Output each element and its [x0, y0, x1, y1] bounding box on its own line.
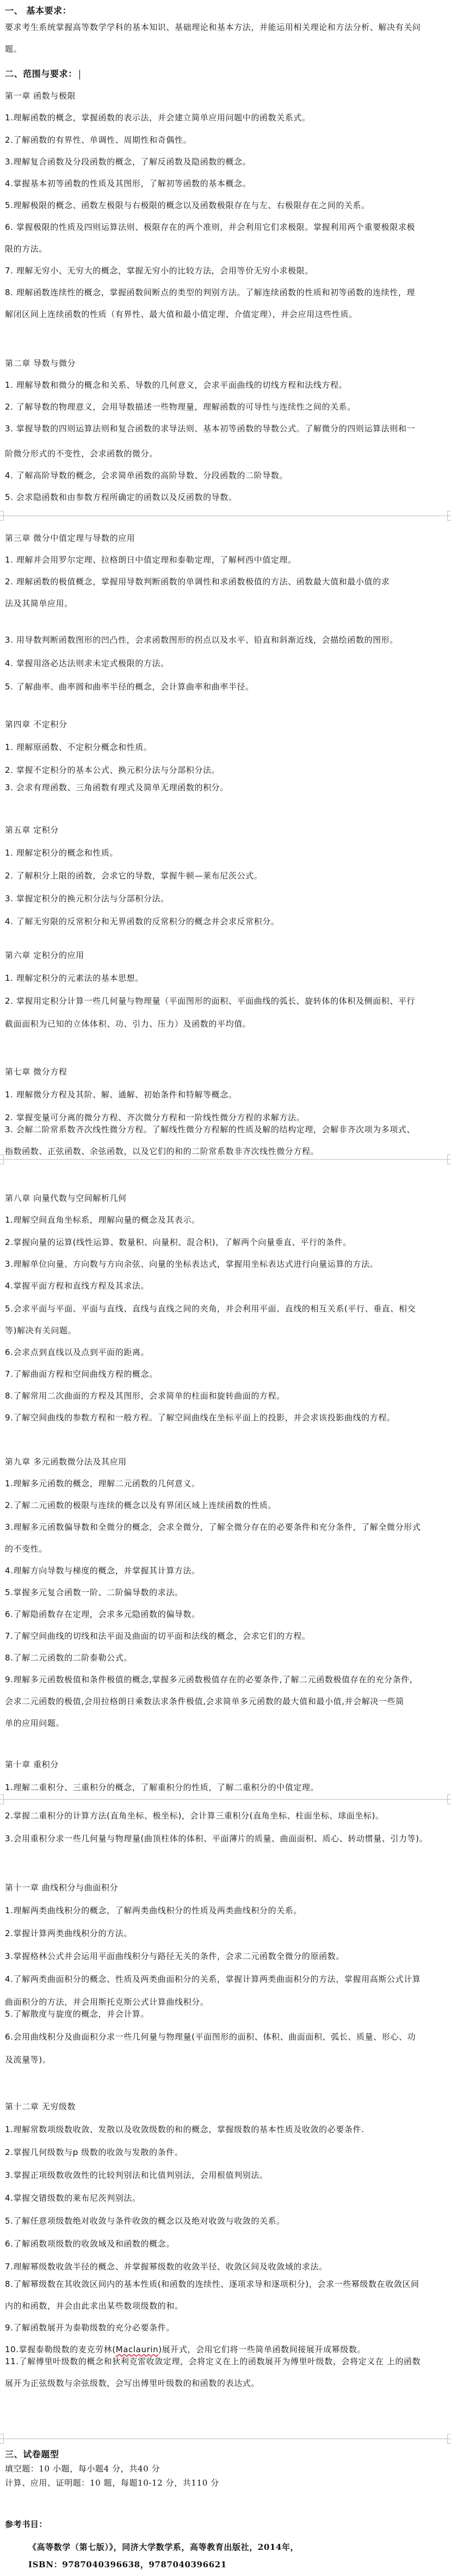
chapter-title: 第四章 不定积分	[5, 713, 450, 735]
list-item: 5.了解散度与旋度的概念，并会计算。	[5, 2003, 450, 2025]
section-heading-scope-text: 二、范围与要求：	[5, 69, 77, 79]
chapter-title: 第九章 多元函数微分法及其应用	[5, 1451, 450, 1473]
paragraph-line: 题。	[5, 38, 450, 60]
list-item: 2. 理解函数的极值概念，掌握用导数判断函数的单调性和求函数极值的方法、函数最大…	[5, 571, 450, 593]
list-item: 8.了解二元函数的二阶泰勒公式。	[5, 1647, 450, 1669]
list-item: 2. 了解积分上限的函数，会求它的导数，掌握牛顿—莱布尼茨公式。	[5, 865, 450, 887]
list-item: 1.理解常数项级数收敛、发散以及收敛级数的和的概念，掌握级数的基本性质及收敛的必…	[5, 2119, 450, 2140]
list-item: 3.掌握格林公式并会运用平面曲线积分与路径无关的条件，会求二元函数全微分的原函数…	[5, 1945, 450, 1967]
list-item: 3. 掌握定积分的换元积分法与分部积分法。	[5, 888, 450, 909]
page-corner-marker	[447, 1794, 451, 1804]
list-item: 3. 用导数判断函数图形的凹凸性，会求函数图形的拐点以及水平、铅直和斜渐近线，会…	[5, 629, 450, 651]
list-item: 8.了解常用二次曲面的方程及其图形，会求简单的柱面和旋转曲面的方程。	[5, 1385, 450, 1407]
list-item: 等)解决有关问题。	[5, 1320, 450, 1341]
page-corner-marker	[0, 1794, 4, 1804]
list-item: 3.理解单位向量、方向数与方向余弦、向量的坐标表达式，掌握用坐标表达式进行向量运…	[5, 1253, 450, 1275]
list-item: 1. 理解定积分的元素法的基本思想。	[5, 967, 450, 989]
page-break	[0, 2438, 451, 2439]
reference-book: 《高等数学（第七版）》，同济大学数学系，高等教育出版社，2014年，	[28, 2540, 450, 2554]
list-item: 3.掌握正项级数收敛性的比较判别法和比值判别法，会用根值判别法。	[5, 2164, 450, 2186]
list-item: 4.理解方向导数与梯度的概念，并掌握其计算方法。	[5, 1560, 450, 1582]
list-item: 3.理解多元函数偏导数和全微分的概念，会求全微分，了解全微分存在的必要条件和充分…	[5, 1516, 450, 1538]
list-item: 2.掌握向量的运算(线性运算、数量积、向量积、混合积)，了解两个向量垂直、平行的…	[5, 1231, 450, 1253]
page-corner-marker	[0, 2434, 4, 2444]
list-item: 6.了解函数项级数的收敛域及和函数的概念。	[5, 2233, 450, 2255]
page-break	[0, 515, 451, 516]
section-heading-scope: 二、范围与要求：	[5, 63, 450, 85]
exam-format-line: 填空题：10 小题，每小题4 分，共40 分	[5, 2462, 450, 2476]
list-item: 11.了解傅里叶级数的概念和狄利克雷收敛定理，会将定义在上的函数展开为傅里叶级数…	[5, 2351, 450, 2372]
list-item: 2.掌握计算两类曲线积分的方法。	[5, 1922, 450, 1944]
list-item: 6.会用曲线积分及曲面积分求一些几何量与物理量(平面图形的面积、体积、曲面面积、…	[5, 2026, 450, 2048]
reference-isbn: ISBN：9787040396638，9787040396621	[28, 2557, 450, 2572]
chapter-title: 第三章 微分中值定理与导数的应用	[5, 527, 450, 549]
list-item: 3. 掌握导数的四则运算法则和复合函数的求导法则、基本初等函数的导数公式。了解微…	[5, 418, 450, 439]
list-item: 1. 理解原函数、不定积分概念和性质。	[5, 736, 450, 758]
list-item: 6.会求点到直线以及点到平面的距离。	[5, 1341, 450, 1363]
list-item: 4. 了解高阶导数的概念，会求简单函数的高阶导数、分段函数的二阶导数。	[5, 465, 450, 486]
list-item: 限的方法。	[5, 238, 450, 260]
list-item: 4.了解两类曲面积分的概念、性质及两类曲面积分的关系，掌握计算两类曲面积分的方法…	[5, 1968, 450, 1990]
list-item: 1. 理解导数和微分的概念和关系、导数的几何意义，会求平面曲线的切线方程和法线方…	[5, 374, 450, 396]
list-item: 5.理解极限的概念、函数左极限与右极限的概念以及函数极限存在与左、右极限存在之间…	[5, 194, 450, 216]
list-item: 9.了解空间曲线的参数方程和一般方程。了解空间曲线在坐标平面上的投影，并会求该投…	[5, 1407, 450, 1429]
list-item: 4.掌握交错级数的莱布尼茨判别法。	[5, 2187, 450, 2209]
list-item: 展开为正弦级数与余弦级数，会写出傅里叶级数的和函数的表达式。	[5, 2372, 450, 2394]
list-item: 1.理解两类曲线积分的概念，了解两类曲线积分的性质及两类曲线积分的关系。	[5, 1900, 450, 1921]
list-item: 会求二元函数的极值,会用拉格朗日乘数法求条件极值,会求简单多元函数的最大值和最小…	[5, 1690, 450, 1712]
references-heading: 参考书目：	[5, 2517, 450, 2531]
list-item: 及流量等)。	[5, 2049, 450, 2071]
list-item: 3.会用重积分求一些几何量与物理量(曲顶柱体的体积、平面薄片的质量、曲面面积、质…	[5, 1828, 450, 1849]
chapter-title: 第十一章 曲线积分与曲面积分	[5, 1877, 450, 1899]
list-item: 7.了解曲面方程和空间曲线方程的概念。	[5, 1363, 450, 1385]
list-item: 2.掌握几何级数与p 级数的收敛与发散的条件。	[5, 2141, 450, 2163]
paragraph-line: 要求考生系统掌握高等数学学科的基本知识、基础理论和基本方法，并能运用相关理论和方…	[5, 16, 450, 38]
list-item: 2. 掌握用定积分计算一些几何量与物理量（平面图形的面积、平面曲线的弧长、旋转体…	[5, 990, 450, 1012]
page-corner-marker	[0, 1155, 4, 1164]
page-corner-marker	[447, 2434, 451, 2444]
list-item: 5.会求平面与平面、平面与直线、直线与直线之间的夹角，并会利用平面、直线的相互关…	[5, 1298, 450, 1320]
list-item: 1.理解函数的概念，掌握函数的表示法，并会建立简单应用问题中的函数关系式。	[5, 107, 450, 129]
list-item: 9.理解多元函数极值和条件极值的概念,掌握多元函数极值存在的必要条件,了解二元函…	[5, 1669, 450, 1690]
page-break	[0, 1159, 451, 1160]
list-item: 7.了解空间曲线的切线和法平面及曲面的切平面和法线的概念，会求它们的方程。	[5, 1625, 450, 1647]
list-item: 4. 掌握用洛必达法则求未定式极限的方法。	[5, 652, 450, 674]
list-item: 1. 理解微分方程及其阶、解、通解、初始条件和特解等概念。	[5, 1084, 450, 1106]
list-item: 法及其简单应用。	[5, 593, 450, 614]
exam-format-line: 计算、应用、证明题：10 题，每题10-12 分，共110 分	[5, 2476, 450, 2490]
list-item: 阶微分形式的不变性，会求函数的微分。	[5, 443, 450, 465]
list-item: 6.了解隐函数存在定理，会求多元隐函数的偏导数。	[5, 1603, 450, 1625]
list-item: 的不变性。	[5, 1538, 450, 1560]
chapter-title: 第十章 重积分	[5, 1754, 450, 1775]
list-item: 1.理解多元函数的概念，理解二元函数的几何意义。	[5, 1473, 450, 1494]
list-item: 6. 掌握极限的性质及四则运算法则、极限存在的两个准则，并会利用它们求极限。掌握…	[5, 216, 450, 238]
list-item: 解闭区间上连续函数的性质（有界性、最大值和最小值定理、介值定理），并会应用这些性…	[5, 303, 450, 325]
page-break	[0, 1799, 451, 1800]
list-item: 5. 会求隐函数和由参数方程所确定的函数以及反函数的导数。	[5, 486, 450, 508]
list-item: 2.了解二元函数的极限与连续的概念以及有界闭区域上连续函数的性质。	[5, 1494, 450, 1516]
text-cursor	[79, 70, 80, 80]
list-item: 单的应用问题。	[5, 1712, 450, 1734]
page-corner-marker	[0, 511, 4, 521]
chapter-title: 第七章 微分方程	[5, 1061, 450, 1083]
page-corner-marker	[447, 1155, 451, 1164]
list-item: 1.理解空间直角坐标系，理解向量的概念及其表示。	[5, 1209, 450, 1231]
chapter-title: 第一章 函数与极限	[5, 85, 450, 107]
page-corner-marker	[447, 511, 451, 521]
list-item: 5.了解任意项级数绝对收敛与条件收敛的概念以及绝对收敛与收敛的关系。	[5, 2210, 450, 2232]
chapter-title: 第五章 定积分	[5, 819, 450, 841]
list-item: 5. 了解曲率、曲率圆和曲率半径的概念，会计算曲率和曲率半径。	[5, 676, 450, 698]
list-item: 4. 了解无穷限的反常积分和无界函数的反常积分的概念并会求反常积分。	[5, 911, 450, 932]
list-item: 7. 理解无穷小、无穷大的概念，掌握无穷小的比较方法，会用等价无穷小求极限。	[5, 260, 450, 282]
list-item: 4.掌握平面方程和直线方程及其求法。	[5, 1275, 450, 1297]
list-item: 5.掌握多元复合函数一阶、二阶偏导数的求法。	[5, 1582, 450, 1603]
list-item: 3. 会解二阶常系数齐次线性微分方程。了解线性微分方程解的性质及解的结构定理，会…	[5, 1119, 450, 1140]
list-item: 1. 理解并会用罗尔定理、拉格朗日中值定理和泰勒定理，了解柯西中值定理。	[5, 549, 450, 571]
list-item: 2.了解函数的有界性、单调性、周期性和奇偶性。	[5, 129, 450, 151]
list-item: 3.理解复合函数及分段函数的概念，了解反函数及隐函数的概念。	[5, 151, 450, 173]
list-item: 3. 会求有理函数、三角函数有理式及简单无理函数的积分。	[5, 777, 450, 798]
list-item: 1. 理解定积分的概念和性质。	[5, 842, 450, 864]
list-item: 2. 了解导数的物理意义，会用导数描述一些物理量，理解函数的可导性与连续性之间的…	[5, 396, 450, 418]
list-item: 8. 理解函数连续性的概念，掌握函数间断点的类型的判别方法。了解连续函数的性质和…	[5, 282, 450, 303]
list-item: 8.了解幂级数在其收敛区间内的基本性质(和函数的连续性、逐项求导和逐项积分)，会…	[5, 2273, 450, 2295]
list-item: 内的和函数，并会由此求出某些数项级数的和。	[5, 2295, 450, 2317]
list-item: 截面面积为已知的立体体积、功、引力、压力）及函数的平均值。	[5, 1013, 450, 1035]
chapter-title: 第八章 向量代数与空间解析几何	[5, 1187, 450, 1209]
chapter-title: 第六章 定积分的应用	[5, 944, 450, 966]
chapter-title: 第十二章 无穷级数	[5, 2096, 450, 2117]
list-item: 4.掌握基本初等函数的性质及其图形，了解初等函数的基本概念。	[5, 173, 450, 194]
section-heading-exam-format: 三、试卷题型	[5, 2447, 450, 2462]
list-item: 2.掌握二重积分的计算方法(直角坐标、极坐标)，会计算三重积分(直角坐标、柱面坐…	[5, 1805, 450, 1827]
list-item: 1.理解二重积分、三重积分的概念，了解重积分的性质，了解二重积分的中值定理。	[5, 1777, 450, 1798]
chapter-title: 第二章 导数与微分	[5, 352, 450, 374]
list-item: 9.了解函数展开为泰勒级数的充分必要条件。	[5, 2317, 450, 2339]
